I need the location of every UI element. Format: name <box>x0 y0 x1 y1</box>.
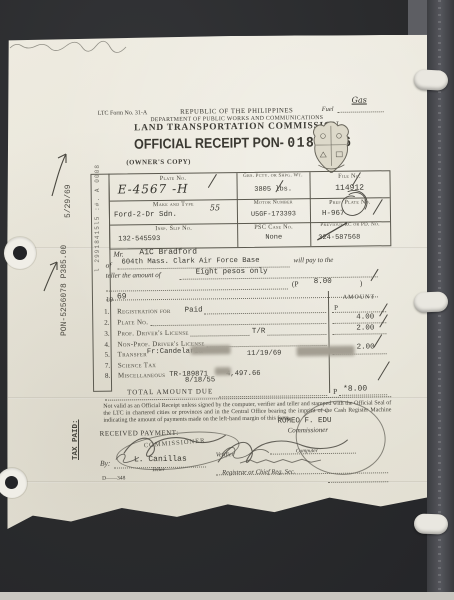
cash-register-imprint: l 29918415l5 :#. A 0008 <box>94 164 101 272</box>
album-ring-tab <box>414 513 449 534</box>
redaction-box <box>215 367 231 375</box>
signature-scribbles <box>86 98 403 502</box>
redaction-box <box>191 345 231 354</box>
pen-squiggle <box>8 40 128 54</box>
margin-arrow <box>40 258 62 294</box>
table-surface-strip <box>0 592 454 600</box>
tax-paid-stamp: TAX PAID: <box>72 419 80 460</box>
punch-hole <box>5 476 18 489</box>
margin-date: 5/29/69 <box>64 184 73 218</box>
album-ring-tab <box>414 291 449 312</box>
photo-of-receipt-page: { "page": { "bg": "#2b2c2e", "paper_colo… <box>0 0 454 600</box>
official-receipt: LTC Form No. 31-A REPUBLIC OF THE PHILIP… <box>86 98 403 502</box>
margin-pon-number: PON-5256078 P385.00 <box>60 245 69 336</box>
redaction-box <box>297 346 355 357</box>
punch-hole <box>13 246 27 260</box>
album-ring-tab <box>413 69 448 91</box>
